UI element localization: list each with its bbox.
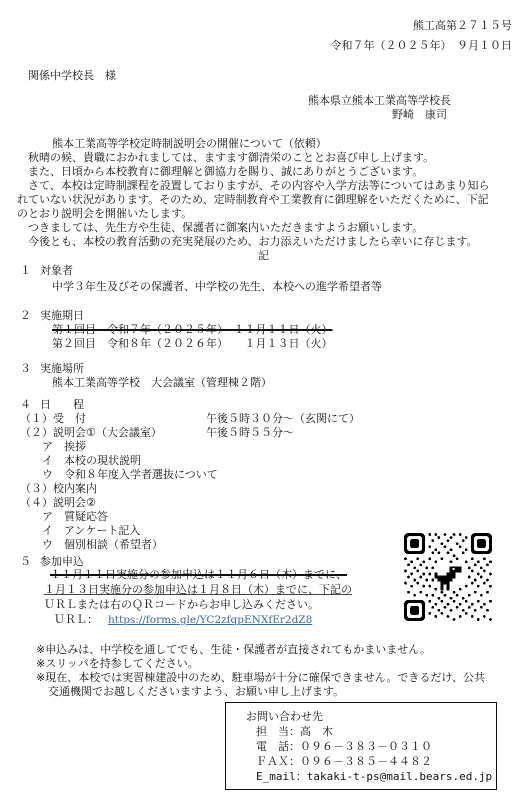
cancelled-application-deadline: １１月１１日実施分の参加申込は１１月６日（木）までに、 [50,568,347,582]
active-session-date: 第２回目 令和８年（２０２６年） １月１３日（火） [52,337,333,351]
section-1-heading: 対象者 [40,264,73,278]
document-title: 熊本工業高等学校定時制説明会の開催について（依頼） [52,137,327,151]
schedule-item: （３）校内案内 [20,482,97,496]
schedule-item: （２）説明会①（大会議室） [20,426,162,440]
contact-heading: お問い合わせ先 [246,710,323,724]
contact-email-label: E_mail： [256,770,307,783]
body-line: つきましては、先生方や生徒、保護者に御案内いただきますようお願いします。 [28,221,423,235]
section-4-heading: 日 程 [40,398,84,412]
contact-phone: ０９６－３８３－０３１０ [300,740,432,753]
contact-fax: ０９６－３８５－４４８２ [300,755,432,768]
section-1-number: １ [20,264,31,278]
body-line: さて、本校は定時制課程を設置しておりますが、その内容や入学方法等についてはあまり… [28,179,490,193]
contact-fax-label: ＦＡＸ： [256,755,300,768]
url-label: ＵＲＬ： [54,613,98,627]
note-line: ※現在、本校では実習棟建設中のため、駐車場が十分に確保できません。できるだけ、公… [36,671,485,685]
section-5-number: ５ [20,555,31,569]
schedule-subitem: イ アンケート記入 [42,524,140,538]
body-line: 今後とも、本校の教育活動の充実発展のため、お力添えいただけましたら幸いに存じます… [28,235,478,249]
schedule-subitem: ア 質疑応答 [42,510,108,524]
document-date: 令和７年（２０２５年） ９月１０日 [331,39,513,53]
body-line: れていない状況があります。そのため、定時制教育や工業教育に御理解をいただくために… [17,193,489,207]
contact-email[interactable]: takaki-t-ps@mail.bears.ed.jp [307,770,492,783]
application-instructions: ＵＲＬまたは右のＱＲコードからお申し込みください。 [44,598,319,612]
section-4-number: ４ [20,398,31,412]
note-line: 交通機関でお越しくださいますよう、お願い申し上げます。 [48,685,344,699]
contact-person-label: 担 当： [256,725,300,738]
schedule-time: 午後５時５５分～ [206,426,294,440]
application-url-link[interactable]: https://forms.gle/YC2zfqpENXfEr2dZ8 [108,613,312,627]
contact-person: 高 木 [300,725,333,738]
section-3-heading: 実施場所 [40,362,84,376]
body-line: のとおり説明会を開催いたします。 [17,207,192,221]
schedule-time: 午後５時３０分～（玄関にて） [206,412,360,426]
body-line: 秋晴の候、貴職におかれましては、ますます御清栄のこととお喜び申し上げます。 [28,151,434,165]
section-5-heading: 参加申込 [40,555,84,569]
application-deadline: １月１３日実施分の参加申込は１月８日（木）までに、下記の [44,583,352,597]
note-line: ※申込みは、中学校を通してでも、生徒・保護者が直接されてもかまいません。 [36,643,431,657]
section-1-text: 中学３年生及びその保護者、中学校の先生、本校への進学希望者等 [52,280,382,294]
schedule-subitem: イ 本校の現状説明 [42,454,141,468]
section-2-number: ２ [20,309,31,323]
schedule-subitem: ウ 個別相談（希望者） [42,538,163,552]
schedule-item: （４）説明会② [20,496,96,510]
schedule-subitem: ア 挨拶 [42,440,86,454]
cancelled-session-date: 第１回目 令和７年（２０２５年） １１月１１日（火） [52,323,333,337]
ki-marker: 記 [258,249,269,263]
sender-organization: 熊本県立熊本工業高等学校長 [308,94,451,108]
qr-code-icon[interactable] [404,533,492,621]
section-2-heading: 実施期日 [40,309,84,323]
body-line: また、日頃から本校教育に御理解と御協力を賜り、誠にありがとうございます。 [28,165,423,179]
contact-phone-label: 電 話： [256,740,300,753]
note-line: ※スリッパを持参してください。 [36,657,199,671]
schedule-subitem: ウ 令和８年度入学者選抜について [42,468,218,482]
contact-box: お問い合わせ先 担 当：高 木 電 話：０９６－３８３－０３１０ ＦＡＸ：０９６… [225,702,497,790]
addressee: 関係中学校長 様 [28,69,116,83]
schedule-item: （１）受 付 [20,412,86,426]
section-3-number: ３ [20,362,31,376]
sender-name: 野崎 康司 [392,108,447,122]
document-number: 熊工高第２７１５号 [413,19,512,33]
section-3-text: 熊本工業高等学校 大会議室（管理棟２階） [52,376,272,390]
